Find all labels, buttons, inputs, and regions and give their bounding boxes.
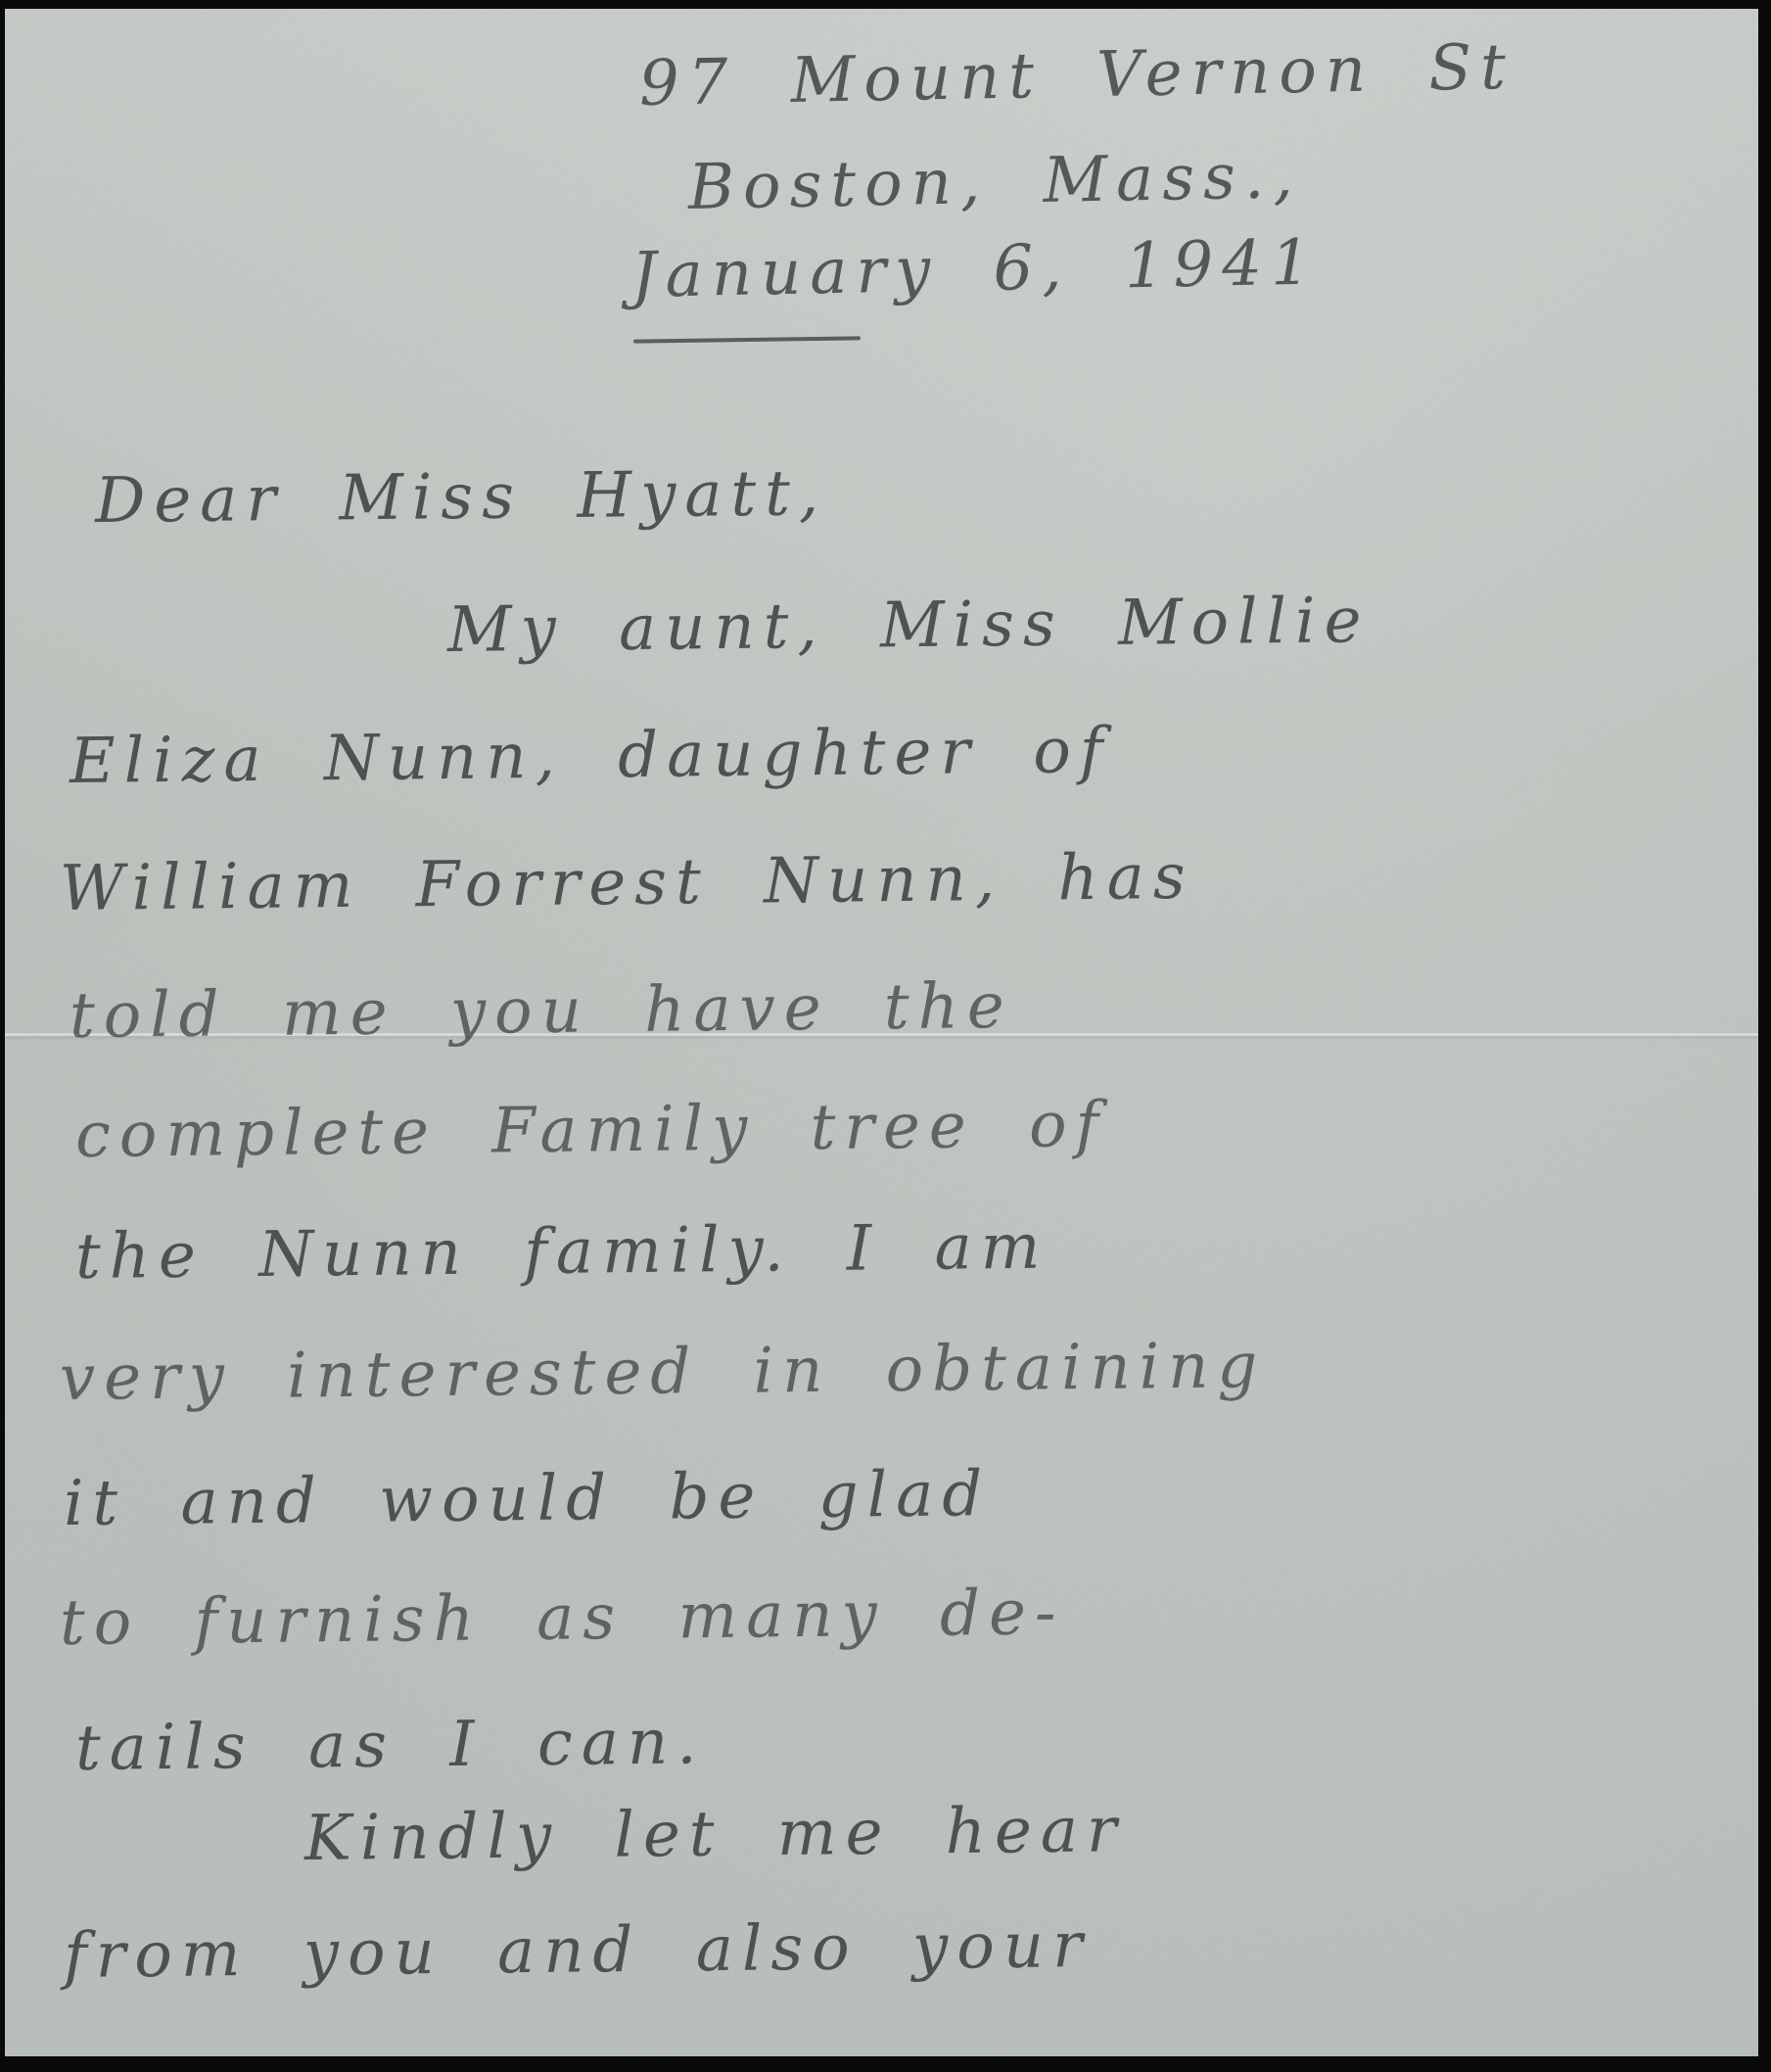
letter-line: William Forrest Nunn, has bbox=[60, 841, 1194, 925]
letter-line: complete Family tree of bbox=[75, 1089, 1108, 1172]
letter-line: told me you have the bbox=[70, 970, 1013, 1053]
letter-line: from you and also your bbox=[64, 1909, 1092, 1993]
letter-line: My aunt, Miss Mollie bbox=[447, 585, 1371, 667]
pen-flourish-stroke bbox=[633, 336, 861, 343]
letter-line: Kindly let me hear bbox=[304, 1794, 1126, 1875]
letter-line: Eliza Nunn, daughter of bbox=[70, 715, 1112, 798]
address-line-1: 97 Mount Vernon St bbox=[638, 31, 1515, 120]
letter-line: very interested in obtaining bbox=[60, 1330, 1267, 1415]
letter-line: to furnish as many de- bbox=[60, 1577, 1065, 1660]
letter-line: tails as I can. bbox=[75, 1706, 706, 1785]
letter-line: the Nunn family. I am bbox=[75, 1211, 1049, 1294]
date-line: January 6, 1941 bbox=[630, 227, 1320, 312]
letter-line: it and would be glad bbox=[64, 1458, 992, 1540]
scanned-letter: 97 Mount Vernon St Boston, Mass., Januar… bbox=[0, 0, 1771, 2072]
address-line-2: Boston, Mass., bbox=[687, 140, 1302, 224]
letter-paper: 97 Mount Vernon St Boston, Mass., Januar… bbox=[5, 9, 1758, 2056]
salutation: Dear Miss Hyatt, bbox=[95, 457, 828, 538]
